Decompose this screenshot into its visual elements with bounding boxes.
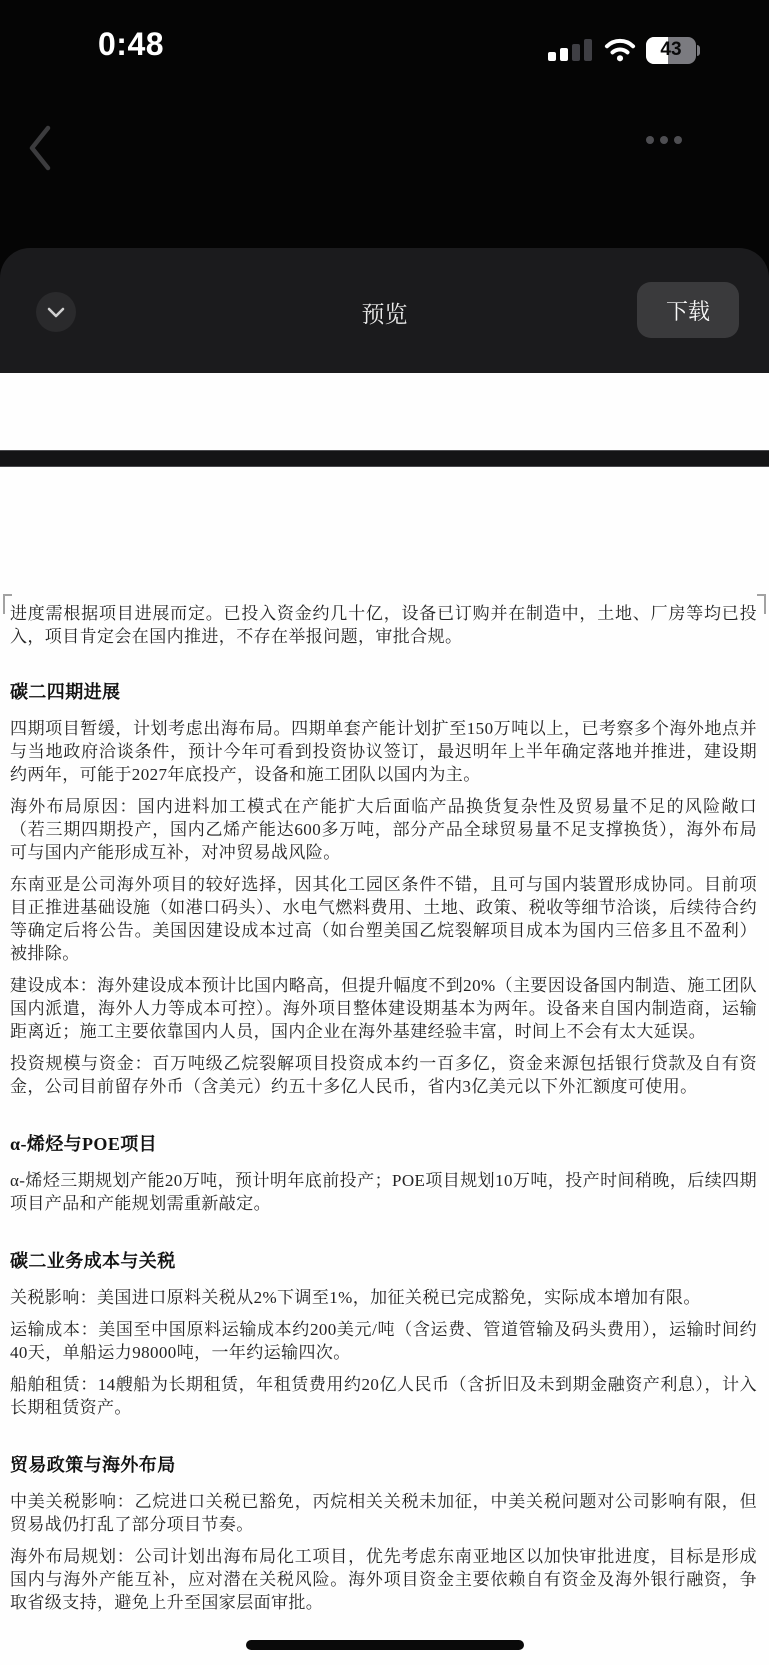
battery-cap: [697, 45, 700, 56]
doc-section-heading: 碳二业务成本与关税: [10, 1249, 757, 1273]
doc-paragraph: 海外布局原因：国内进料加工模式在产能扩大后面临产品换货复杂性及贸易量不足的风险敞…: [10, 795, 757, 864]
preview-sheet-header: 预览 下载: [0, 248, 769, 373]
doc-paragraph: 东南亚是公司海外项目的较好选择，因其化工园区条件不错，且可与国内装置形成协同。目…: [10, 873, 757, 965]
document-preview-area[interactable]: 进度需根据项目进展而定。已投入资金约几十亿，设备已订购并在制造中，土地、厂房等均…: [0, 373, 769, 1665]
doc-section-heading: α-烯烃与POE项目: [10, 1132, 757, 1156]
status-bar-time: 0:48: [98, 26, 164, 63]
doc-paragraph: 关税影响：美国进口原料关税从2%下调至1%，加征关税已完成豁免，实际成本增加有限…: [10, 1286, 757, 1309]
download-button[interactable]: 下载: [637, 282, 739, 338]
doc-paragraph: 投资规模与资金：百万吨级乙烷裂解项目投资成本约一百多亿，资金来源包括银行贷款及自…: [10, 1052, 757, 1098]
page-separator: [0, 450, 769, 467]
battery-percent: 43: [646, 37, 696, 64]
ellipsis-icon: [674, 136, 682, 144]
cellular-signal-icon: [548, 39, 594, 61]
back-button[interactable]: [24, 120, 58, 176]
ellipsis-icon: [646, 136, 654, 144]
doc-paragraph: 进度需根据项目进展而定。已投入资金约几十亿，设备已订购并在制造中，土地、厂房等均…: [10, 602, 757, 648]
wifi-icon: [604, 38, 636, 62]
doc-section-heading: 碳二四期进展: [10, 680, 757, 704]
more-options-button[interactable]: [646, 126, 702, 154]
phone-screen: 0:48 43 预览 下载: [0, 0, 769, 1665]
doc-paragraph: 海外布局规划：公司计划出海布局化工项目，优先考虑东南亚地区以加快审批进度，目标是…: [10, 1545, 757, 1614]
doc-section-heading: 贸易政策与海外布局: [10, 1453, 757, 1477]
chevron-left-icon: [24, 120, 58, 176]
doc-paragraph: 四期项目暂缓，计划考虑出海布局。四期单套产能计划扩至150万吨以上，已考察多个海…: [10, 717, 757, 786]
doc-paragraph: 中美关税影响：乙烷进口关税已豁免，丙烷相关关税未加征，中美关税问题对公司影响有限…: [10, 1490, 757, 1536]
home-indicator[interactable]: [246, 1640, 524, 1650]
document-page-content: 进度需根据项目进展而定。已投入资金约几十亿，设备已订购并在制造中，土地、厂房等均…: [10, 602, 757, 1623]
doc-paragraph: 建设成本：海外建设成本预计比国内略高，但提升幅度不到20%（主要因设备国内制造、…: [10, 974, 757, 1043]
text-boundary-mark-right: [757, 594, 766, 614]
doc-paragraph: 运输成本：美国至中国原料运输成本约200美元/吨（含运费、管道管输及码头费用），…: [10, 1318, 757, 1364]
doc-paragraph: α-烯烃三期规划产能20万吨，预计明年底前投产；POE项目规划10万吨，投产时间…: [10, 1169, 757, 1215]
battery-icon: 43: [646, 37, 700, 64]
ellipsis-icon: [660, 136, 668, 144]
doc-paragraph: 船舶租赁：14艘船为长期租赁，年租赁费用约20亿人民币（含折旧及未到期金融资产利…: [10, 1373, 757, 1419]
status-bar-icons: 43: [548, 36, 700, 64]
